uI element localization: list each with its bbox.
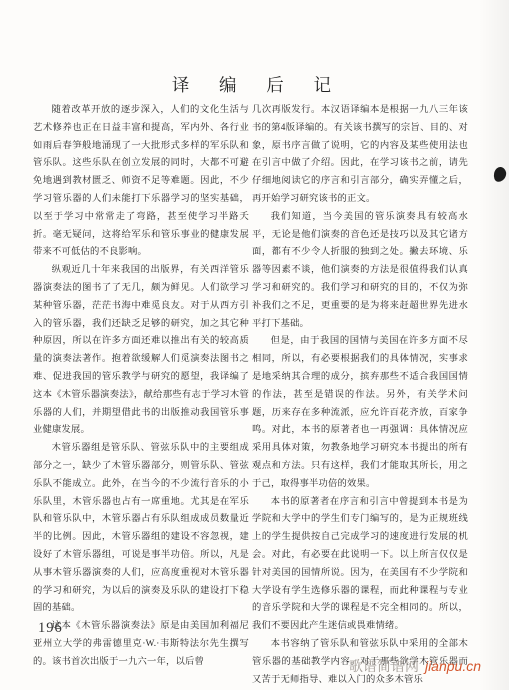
- right-text-column: 几次再版发行。本汉语译编本是根据一九八三年该书的第4版译编的。有关该书撰写的宗旨…: [252, 102, 468, 689]
- paragraph: 这本《木管乐器演奏法》原是由美国加利福尼亚州立大学的弗雷德里克·W.·韦斯特法尔…: [33, 618, 249, 671]
- watermark-site-url: jianpu.cn: [425, 658, 481, 674]
- paragraph-continuation: 几次再版发行。本汉语译编本是根据一九八三年该书的第4版译编的。有关该书撰写的宗旨…: [252, 102, 468, 209]
- page-number: 196: [38, 620, 63, 637]
- ink-blotch-scan-artifact: [493, 166, 508, 183]
- page-title: 译 编 后 记: [0, 72, 509, 97]
- paragraph: 本书的原著者在序言和引言中曾提到本书是为学院和大学中的学生们专门编写的，是为正规…: [252, 494, 468, 636]
- paragraph: 纵观近几十年来我国的出版界，有关西洋管乐器演奏法的图书了了无几，颇为鲜见。人们欲…: [33, 262, 249, 440]
- paragraph: 木管乐器组是管乐队、管弦乐队中的主要组成部分之一，缺少了木管乐器部分，则管乐队、…: [33, 440, 249, 618]
- watermark-site-name: 歌谱简谱网: [349, 658, 419, 674]
- watermark: 歌谱简谱网jianpu.cn: [349, 656, 481, 676]
- paragraph: 我们知道，当今美国的管乐演奏具有较高水平，无论是他们演奏的音色还是技巧以及其它诸…: [252, 209, 468, 334]
- scanned-book-page: 译 编 后 记 随着改革开放的逐步深入，人们的文化生活与艺术修养也正在日益丰富和…: [0, 0, 509, 690]
- paragraph: 随着改革开放的逐步深入，人们的文化生活与艺术修养也正在日益丰富和提高，军内外、各…: [33, 102, 249, 262]
- left-text-column: 随着改革开放的逐步深入，人们的文化生活与艺术修养也正在日益丰富和提高，军内外、各…: [33, 102, 249, 672]
- paragraph: 但是，由于我国的国情与美国在许多方面不尽相同，所以，有必要根据我们的具体情况，实…: [252, 333, 468, 493]
